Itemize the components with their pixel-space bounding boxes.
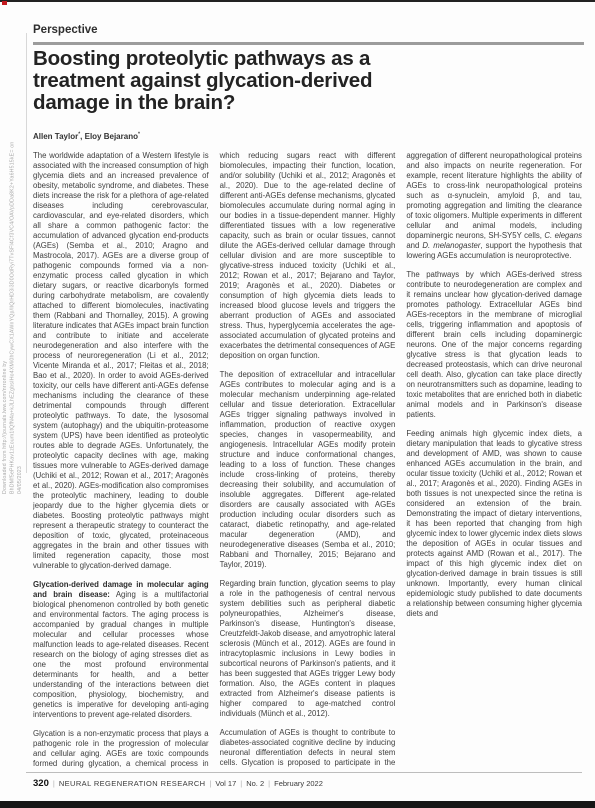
paragraph-deposition: The deposition of extracellular and intr… [220, 370, 396, 570]
page-number: 320 [33, 778, 49, 789]
download-watermark: Downloaded from http://journals.lww.com/… [2, 132, 24, 494]
author-2-affiliation-mark: * [138, 131, 140, 137]
watermark-text: Downloaded from http://journals.lww.com/… [2, 142, 23, 494]
title-line-2: treatment against glycation-derived [33, 70, 453, 92]
section-kicker: Perspective [33, 24, 98, 36]
volume-label: Vol 17 [215, 779, 236, 788]
author-2: Eloy Bejarano [85, 132, 138, 141]
red-corner-mark [2, 1, 7, 5]
footer-separator: | [209, 779, 211, 788]
paragraph-intro: The worldwide adaptation of a Western li… [33, 151, 209, 571]
species-c-elegans: C. elegans [544, 231, 582, 240]
page-top-edge [0, 0, 595, 2]
issue-label: No. 2 [246, 779, 264, 788]
footer-separator: | [240, 779, 242, 788]
accumulation-mid: and [406, 241, 422, 250]
issue-date: February 2022 [274, 779, 323, 788]
title-line-3: damage in the brain? [33, 92, 453, 114]
section-body: Aging is a multifactorial biological phe… [33, 590, 209, 719]
header-rule [33, 42, 584, 45]
title-line-1: Boosting proteolytic pathways as a [33, 48, 453, 70]
paragraph-pathways: The pathways by which AGEs-derived stres… [406, 270, 582, 420]
author-1: Allen Taylor [33, 132, 78, 141]
left-scan-line [26, 33, 27, 473]
footer-separator: | [268, 779, 270, 788]
paragraph-feeding: Feeding animals high glycemic index diet… [406, 429, 582, 619]
paragraph-section: Glycation-derived damage in molecular ag… [33, 580, 209, 720]
footer-rule [26, 772, 582, 773]
page-bottom-edge [0, 801, 595, 808]
species-d-melanogaster: D. melanogaster [422, 241, 480, 250]
article-body: The worldwide adaptation of a Western li… [33, 151, 582, 773]
footer-separator: | [53, 779, 55, 788]
journal-page: Downloaded from http://journals.lww.com/… [0, 0, 595, 808]
author-line: Allen Taylor*, Eloy Bejarano* [33, 132, 140, 141]
journal-name: NEURAL REGENERATION RESEARCH [59, 779, 206, 788]
article-title: Boosting proteolytic pathways as a treat… [33, 48, 453, 114]
page-footer: 320|NEURAL REGENERATION RESEARCH|Vol 17|… [33, 778, 323, 789]
paragraph-brain-function: Regarding brain function, glycation seem… [220, 579, 396, 719]
